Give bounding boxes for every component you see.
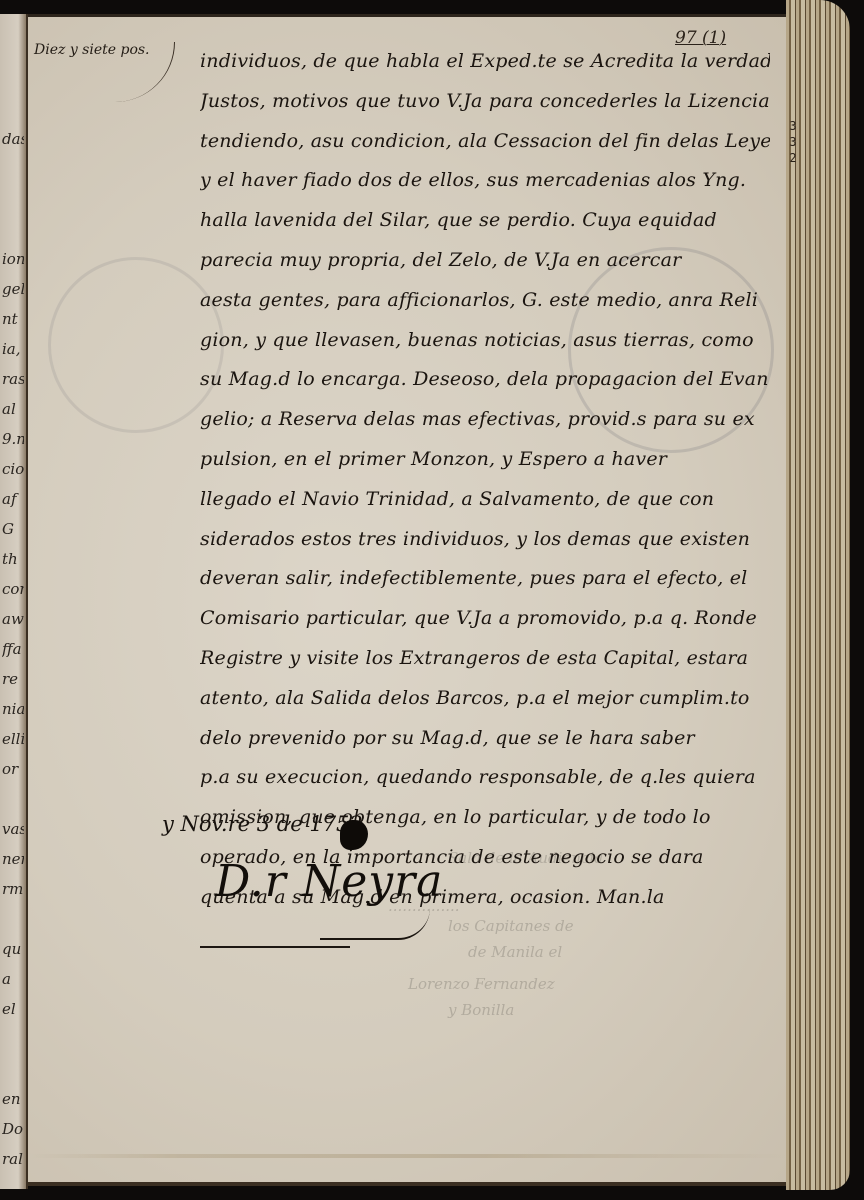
left-page-fragment: ia, bbox=[2, 340, 24, 358]
left-page-fragment: th bbox=[2, 550, 24, 568]
signature-underline bbox=[200, 946, 350, 948]
signature-rubric bbox=[320, 908, 430, 940]
left-page-fragment: ral bbox=[2, 1150, 24, 1168]
left-page-fragment: nt bbox=[2, 310, 24, 328]
fore-edge-leaves bbox=[786, 0, 850, 1190]
left-page-fragment: af bbox=[2, 490, 24, 508]
left-page-fragment: el bbox=[2, 1000, 24, 1018]
fore-edge-numbers: 3 3 2 bbox=[786, 118, 800, 166]
manuscript-line: siderados estos tres individuos, y los d… bbox=[200, 520, 770, 560]
faded-stamp-bleed bbox=[48, 257, 224, 433]
left-page-fragment: al bbox=[2, 400, 24, 418]
manuscript-line: gion, y que llevasen, buenas noticias, a… bbox=[200, 321, 770, 361]
left-page-fragment: ffa bbox=[2, 640, 24, 658]
manuscript-line: gelio; a Reserva delas mas efectivas, pr… bbox=[200, 400, 770, 440]
signature: D.r Neyra bbox=[215, 856, 443, 907]
date-line: y Nov.re 3 de 1752 bbox=[162, 812, 363, 836]
manuscript-line: individuos, de que habla el Exped.te se … bbox=[200, 42, 770, 82]
edge-number: 3 bbox=[786, 134, 800, 150]
manuscript-line: p.a su execucion, quedando responsable, … bbox=[200, 758, 770, 798]
left-page-fragment: cio bbox=[2, 460, 24, 478]
manuscript-line: pulsion, en el primer Monzon, y Espero a… bbox=[200, 440, 770, 480]
manuscript-line: tendiendo, asu condicion, ala Cessacion … bbox=[200, 122, 770, 162]
manuscript-line: atento, ala Salida delos Barcos, p.a el … bbox=[200, 679, 770, 719]
manuscript-line: y el haver fiado dos de ellos, sus merca… bbox=[200, 161, 770, 201]
manuscript-line: Justos, motivos que tuvo V.Ja para conce… bbox=[200, 82, 770, 122]
left-page-fragment: or bbox=[2, 760, 24, 778]
left-page-fragment: das bbox=[2, 130, 24, 148]
manuscript-line: aesta gentes, para afficionarlos, G. est… bbox=[200, 281, 770, 321]
manuscript-line: parecia muy propria, del Zelo, de V.Ja e… bbox=[200, 241, 770, 281]
manuscript-line: deveran salir, indefectiblemente, pues p… bbox=[200, 559, 770, 599]
left-page-fragment: iona bbox=[2, 250, 24, 268]
left-page-fragment: rmi bbox=[2, 880, 24, 898]
left-page-fragment: nia bbox=[2, 700, 24, 718]
left-page-edge: dasionagelantia,rasal9.no,cioafGthcomawf… bbox=[0, 14, 28, 1189]
left-page-fragment: vas bbox=[2, 820, 24, 838]
left-page-fragment: G bbox=[2, 520, 24, 538]
left-page-fragment: gela bbox=[2, 280, 24, 298]
left-page-fragment: ner bbox=[2, 850, 24, 868]
manuscript-body: individuos, de que habla el Exped.te se … bbox=[200, 42, 770, 918]
left-page-fragment: 9.no, bbox=[2, 430, 24, 448]
left-page-fragment: com bbox=[2, 580, 24, 598]
left-page-fragment: elli bbox=[2, 730, 24, 748]
manuscript-line: delo prevenido por su Mag.d, que se le h… bbox=[200, 719, 770, 759]
left-page-fragment: qu bbox=[2, 940, 24, 958]
left-page-fragment: ras bbox=[2, 370, 24, 388]
manuscript-line: Registre y visite los Extrangeros de est… bbox=[200, 639, 770, 679]
manuscript-line: su Mag.d lo encarga. Deseoso, dela propa… bbox=[200, 360, 770, 400]
edge-number: 2 bbox=[786, 150, 800, 166]
manuscript-line: halla lavenida del Silar, que se perdio.… bbox=[200, 201, 770, 241]
left-page-fragment: Do bbox=[2, 1120, 24, 1138]
left-page-fragment: a bbox=[2, 970, 24, 988]
left-page-fragment: aw bbox=[2, 610, 24, 628]
left-page-fragment: re bbox=[2, 670, 24, 688]
left-page-fragment: en bbox=[2, 1090, 24, 1108]
manuscript-line: Comisario particular, que V.Ja a promovi… bbox=[200, 599, 770, 639]
manuscript-line: llegado el Navio Trinidad, a Salvamento,… bbox=[200, 480, 770, 520]
edge-number: 3 bbox=[786, 118, 800, 134]
